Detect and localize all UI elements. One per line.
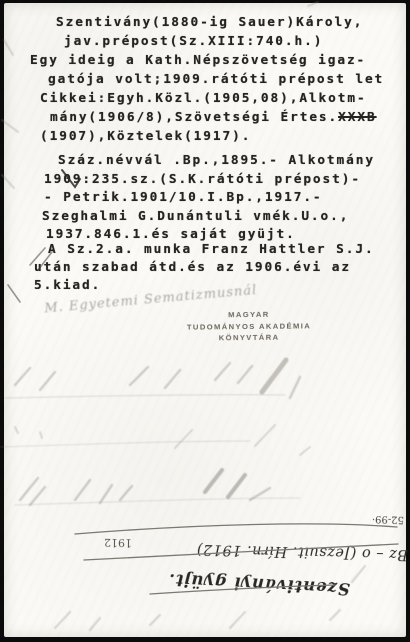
typed-line: Egy ideig a Kath.Népszövetség igaz- <box>30 53 366 68</box>
typed-line: mány(1906/8),Szövetségi Értes.XXXB <box>50 110 377 125</box>
scan-black-frame: Szentivány(1880-ig Sauer)Károly, jav.pré… <box>0 0 410 642</box>
typed-line: 5.kiad. <box>34 278 101 293</box>
typed-line: Száz.névvál .Bp.,1895.- Alkotmány <box>58 153 375 168</box>
typed-line: 1909:235.sz.(S.K.rátóti prépost)- <box>44 172 361 187</box>
typed-line: Szeghalmi G.Dunántuli vmék.U.o., <box>42 209 349 224</box>
typed-line: 1937.846.1.és saját gyüjt. <box>46 227 296 242</box>
typed-line: A Sz.2.a. munka Franz Hattler S.J. <box>48 242 375 257</box>
stamp-line: KÖNYVTÁRA <box>154 331 344 344</box>
typed-line: - Petrik.1901/10.I.Bp.,1917.- <box>44 190 323 205</box>
typed-line: jav.prépost(Sz.XIII:740.h.) <box>64 34 323 49</box>
typed-line-text: mány(1906/8),Szövetségi Értes. <box>50 110 338 125</box>
inverted-signature: Szentiványi gyüjt. <box>142 569 351 599</box>
inverted-source-note: Bz – o (Jezsuit. Hírn. 1912) <box>76 538 408 563</box>
typed-line: (1907),Köztelek(1917). <box>40 129 251 144</box>
library-stamp: MAGYAR TUDOMÁNYOS AKADÉMIA KÖNYVTÁRA <box>154 308 344 344</box>
struck-out-text: XXXB <box>338 110 376 125</box>
inverted-shelf-code: 52-99· <box>352 512 404 525</box>
typed-line: Cikkei:Egyh.Közl.(1905,08),Alkotm- <box>40 91 367 106</box>
typed-line: Szentivány(1880-ig Sauer)Károly, <box>56 15 363 30</box>
catalog-card-paper: Szentivány(1880-ig Sauer)Károly, jav.pré… <box>4 3 406 637</box>
typed-line: gatója volt;1909.rátóti prépost let <box>48 72 384 87</box>
typed-line: után szabad átd.és az 1906.évi az <box>34 260 351 275</box>
